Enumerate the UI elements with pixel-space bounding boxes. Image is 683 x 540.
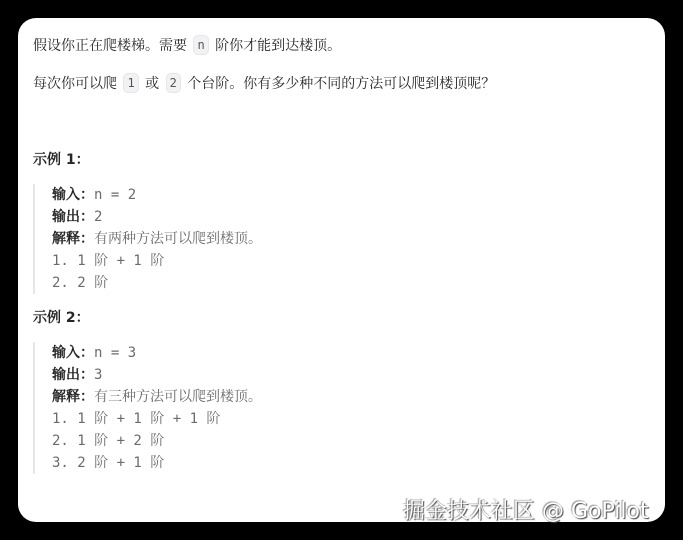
input-value: n = 3: [94, 345, 136, 361]
description-text: 每次你可以爬: [33, 76, 117, 92]
example-1-block: 输入：n = 2 输出：2 解释：有两种方法可以爬到楼顶。 1. 1 阶 + 1…: [33, 184, 650, 294]
inline-code-n: n: [193, 35, 208, 55]
output-label: 输出：: [52, 367, 94, 383]
example-1-input: 输入：n = 2: [52, 184, 650, 206]
example-2-title: 示例 2：: [33, 308, 650, 328]
description-text: 假设你正在爬楼梯。需要: [33, 38, 187, 54]
example-2-explanation: 解释：有三种方法可以爬到楼顶。: [52, 386, 650, 408]
input-label: 输入：: [52, 187, 94, 203]
explanation-value: 有两种方法可以爬到楼顶。: [94, 231, 262, 247]
example-2-step-2: 2. 1 阶 + 2 阶: [52, 430, 650, 452]
explanation-label: 解释：: [52, 389, 94, 405]
output-value: 2: [94, 209, 102, 225]
input-label: 输入：: [52, 345, 94, 361]
explanation-value: 有三种方法可以爬到楼顶。: [94, 389, 262, 405]
example-1-output: 输出：2: [52, 206, 650, 228]
example-2-step-1: 1. 1 阶 + 1 阶 + 1 阶: [52, 408, 650, 430]
description-text: 阶你才能到达楼顶。: [215, 38, 341, 54]
example-1-explanation: 解释：有两种方法可以爬到楼顶。: [52, 228, 650, 250]
example-2-output: 输出：3: [52, 364, 650, 386]
example-2-block: 输入：n = 3 输出：3 解释：有三种方法可以爬到楼顶。 1. 1 阶 + 1…: [33, 342, 650, 474]
output-value: 3: [94, 367, 102, 383]
input-value: n = 2: [94, 187, 136, 203]
explanation-label: 解释：: [52, 231, 94, 247]
example-1-title: 示例 1：: [33, 150, 650, 170]
description-text: 或: [145, 76, 159, 92]
inline-code-2: 2: [166, 73, 181, 93]
problem-card: 假设你正在爬楼梯。需要 n 阶你才能到达楼顶。 每次你可以爬 1 或 2 个台阶…: [18, 18, 665, 522]
example-1-step-1: 1. 1 阶 + 1 阶: [52, 250, 650, 272]
example-2-step-3: 3. 2 阶 + 1 阶: [52, 452, 650, 474]
output-label: 输出：: [52, 209, 94, 225]
example-1-step-2: 2. 2 阶: [52, 272, 650, 294]
description-text: 个台阶。你有多少种不同的方法可以爬到楼顶呢？: [187, 76, 495, 92]
problem-description-line-2: 每次你可以爬 1 或 2 个台阶。你有多少种不同的方法可以爬到楼顶呢？: [33, 72, 650, 96]
watermark: 掘金技术社区 @ GoPilot: [403, 494, 649, 525]
inline-code-1: 1: [123, 73, 138, 93]
problem-description-line-1: 假设你正在爬楼梯。需要 n 阶你才能到达楼顶。: [33, 34, 650, 58]
example-2-input: 输入：n = 3: [52, 342, 650, 364]
